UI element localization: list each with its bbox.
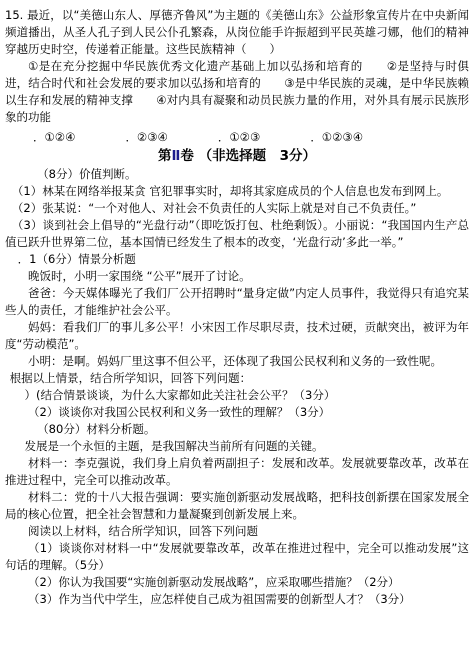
material-paragraph-1: 材料一：李克强说，我们身上肩负着两副担子：发展和改革。发展就要靠改革，改革在推进… (5, 455, 469, 489)
answer-choice-1: ．①②④ (33, 129, 75, 146)
scenario-intro: 晚饭时，小明一家围绕 “公平”展开了讨论。 (5, 268, 469, 285)
material-question-1: （1）谈谈你对材料一中“发展就要靠改革，改革在推进过程中，完全可以推动发展”这句… (5, 540, 469, 574)
material-paragraph-2: 材料二：党的十八大报告强调：要实施创新驱动发展战略，把科技创新摆在国家发展全局的… (5, 489, 469, 523)
scenario-question-1: ）(结合情景谈谈，为什么大家都如此关注社会公平？（3分） (5, 387, 469, 404)
value-judgement-item-3: （3）谈到社会上倡导的“光盘行动”（即吃饭打包、杜绝剩饭）。小丽说：“我国国内生… (5, 217, 469, 251)
answer-choices-row: ．①②④ ．②③④ ．①②③ ．①②③④ (5, 129, 469, 146)
material-question-2: （2）你认为我国要“实施创新驱动发展战略”，应采取哪些措施？（2分） (5, 574, 469, 591)
material-question-3: （3）作为当代中学生，应怎样使自己成为祖国需要的创新型人才？（3分） (5, 591, 469, 608)
section-2-header: 第Ⅱ卷 （非选择题 3分） (5, 146, 469, 166)
section-2-header-suffix: 卷 （非选择题 3分） (180, 148, 316, 164)
answer-choice-4: ．①②③④ (310, 129, 363, 146)
material-analysis-title: （80分）材料分析题。 (5, 421, 469, 438)
dialogue-line-mother: 妈妈：看我们厂的事儿多公平！小宋因工作尽职尽责，技术过硬，贡献突出，被评为年度“… (5, 319, 469, 353)
dialogue-line-father: 爸爸：今天媒体曝光了我们厂公开招聘时“量身定做”内定人员事件，我觉得只有追究某些… (5, 285, 469, 319)
scenario-question-2: （2）谈谈你对我国公民权利和义务一致性的理解？（3分） (5, 404, 469, 421)
question-15-options: ①是在充分挖掘中华民族优秀文化遗产基础上加以弘扬和培育的 ②是坚持与时俱进，结合… (5, 58, 469, 126)
value-judgement-title: （8分）价值判断。 (5, 166, 469, 183)
material-intro: 发展是一个永恒的主题，是我国解决当前所有问题的关键。 (5, 438, 469, 455)
answer-choice-2: ．②③④ (125, 129, 167, 146)
value-judgement-item-2: （2）张某说：“一个对他人、对社会不负责任的人实际上就是对自己不负责任。” (5, 200, 469, 217)
exam-paper-page: 15. 最近，以“美德山东人、厚德齐鲁风”为主题的《美德山东》公益形象宣传片在中… (0, 0, 474, 657)
scenario-instruction: 根据以上情景，结合所学知识，回答下列问题： (5, 370, 469, 387)
question-15-stem: 15. 最近，以“美德山东人、厚德齐鲁风”为主题的《美德山东》公益形象宣传片在中… (5, 7, 469, 58)
section-2-header-prefix: 第 (158, 148, 172, 164)
answer-choice-3: ．①②③ (218, 129, 260, 146)
material-instruction: 阅读以上材料，结合所学知识，回答下列问题 (5, 523, 469, 540)
dialogue-line-xiaoming: 小明：是啊。妈妈厂里这事不但公平，还体现了我国公民权利和义务的一致性呢。 (5, 353, 469, 370)
scenario-analysis-title: ．1（6分）情景分析题 (5, 251, 469, 268)
value-judgement-item-1: （1）林某在网络举报某贪 官犯罪事实时，却将其家庭成员的个人信息也发布到网上。 (5, 183, 469, 200)
